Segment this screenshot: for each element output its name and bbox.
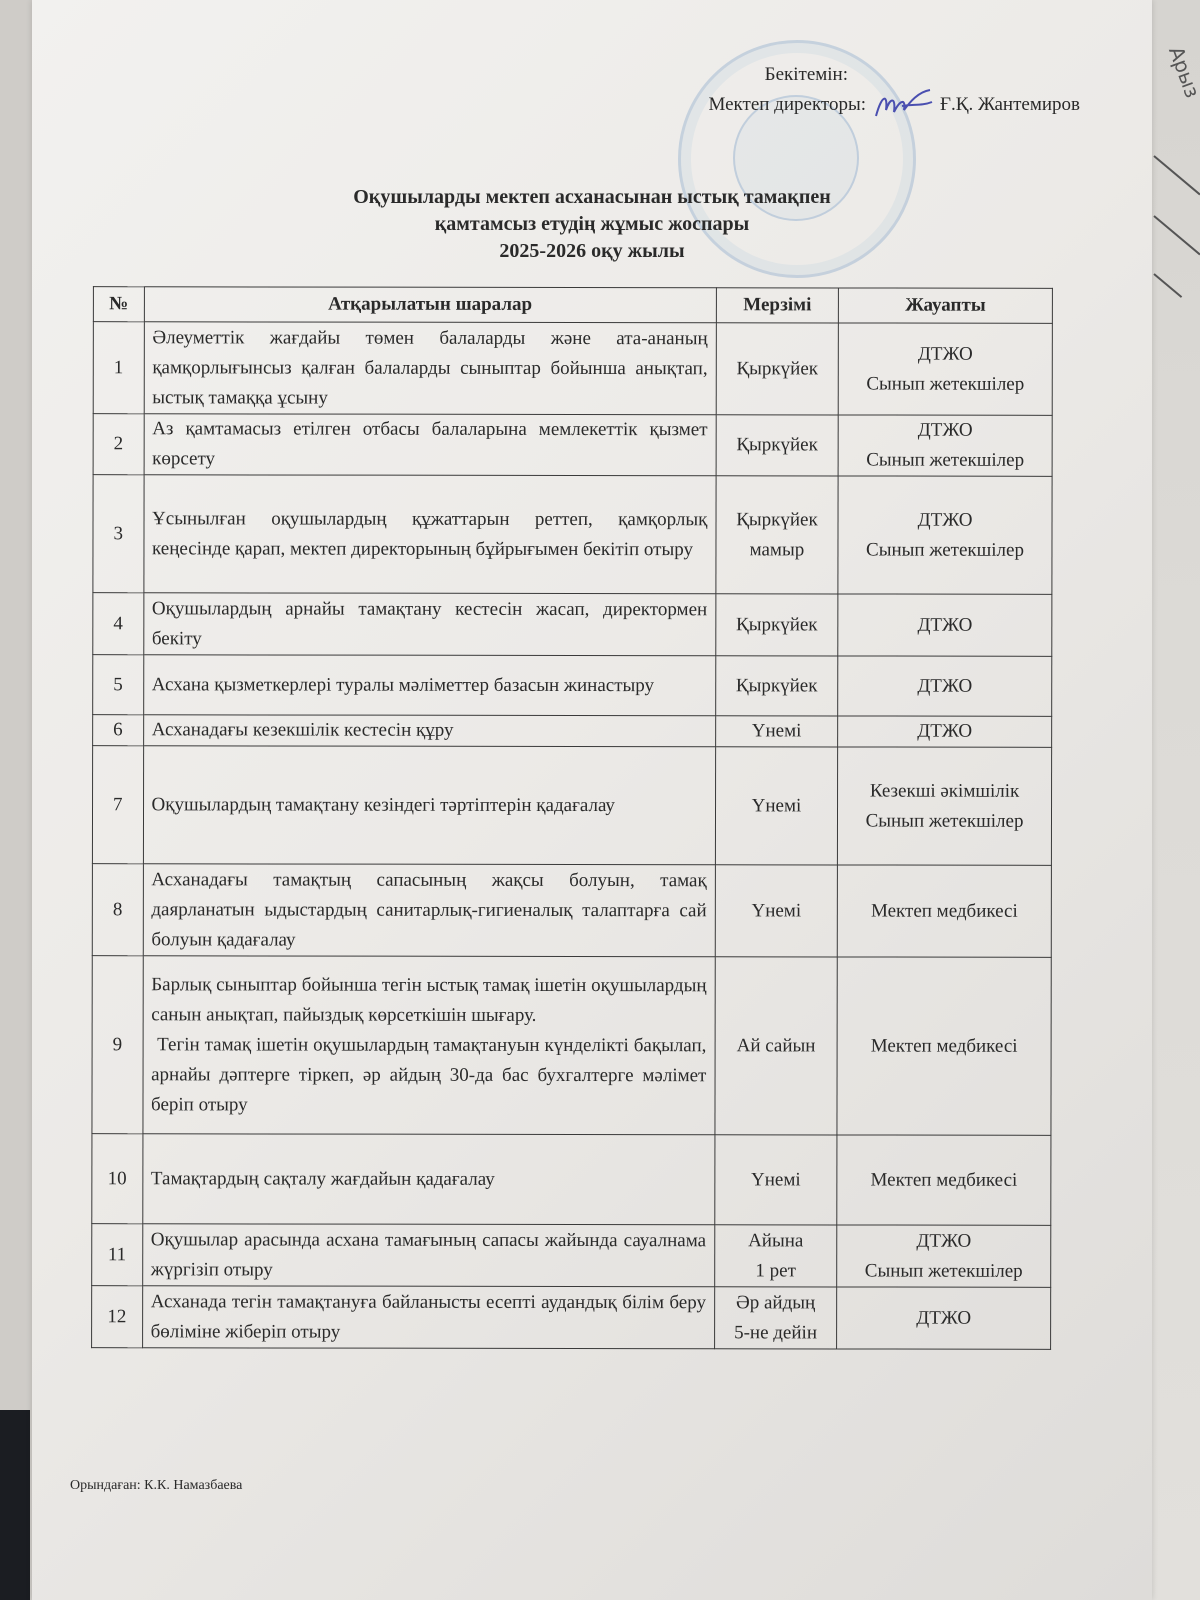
row-responsible: Кезекші әкімшілікСынып жетекшілер bbox=[838, 747, 1052, 865]
responsible-line: Мектеп медбикесі bbox=[846, 896, 1043, 926]
deadline-line: мамыр bbox=[724, 535, 829, 565]
row-number: 1 bbox=[93, 322, 144, 414]
header-responsible: Жауапты bbox=[838, 288, 1052, 323]
row-deadline: Үнемі bbox=[715, 865, 837, 957]
table-row: 10Тамақтардың сақталу жағдайын қадағалау… bbox=[92, 1134, 1051, 1226]
row-deadline: Үнемі bbox=[715, 747, 837, 865]
table-row: 3Ұсынылған оқушылардың құжаттарын реттеп… bbox=[93, 475, 1052, 595]
dark-object bbox=[0, 1410, 30, 1600]
executor-note: Орындаған: К.К. Намазбаева bbox=[70, 1478, 242, 1494]
responsible-line: Сынып жетекшілер bbox=[847, 369, 1044, 399]
row-number: 8 bbox=[92, 864, 143, 956]
deadline-line: Қыркүйек bbox=[724, 610, 829, 640]
responsible-line: Кезекші әкімшілік bbox=[846, 776, 1043, 806]
responsible-line: Сынып жетекшілер bbox=[846, 806, 1043, 836]
row-deadline: Қыркүйек bbox=[716, 323, 838, 415]
document-title: Оқушыларды мектеп асханасынан ыстық тама… bbox=[32, 184, 1152, 265]
row-activity: Оқушылар арасында асхана тамағының сапас… bbox=[142, 1224, 714, 1287]
approval-name: Ғ.Қ. Жантемиров bbox=[940, 92, 1080, 118]
row-deadline: Қыркүйек bbox=[716, 594, 838, 656]
row-number: 2 bbox=[93, 414, 144, 475]
deadline-line: Қыркүйек bbox=[724, 505, 829, 535]
row-activity: Асхана қызметкерлері туралы мәліметтер б… bbox=[143, 655, 715, 716]
responsible-line: ДТЖО bbox=[847, 505, 1044, 535]
table-row: 8Асханадағы тамақтың сапасының жақсы бол… bbox=[92, 864, 1051, 958]
header-number: № bbox=[93, 287, 144, 322]
title-line-2: қамтамсыз етудің жұмыс жоспары bbox=[32, 211, 1152, 238]
responsible-line: Сынып жетекшілер bbox=[847, 445, 1044, 475]
row-activity: Ұсынылған оқушылардың құжаттарын реттеп,… bbox=[143, 475, 715, 594]
row-activity: Аз қамтамасыз етілген отбасы балаларына … bbox=[144, 414, 716, 476]
header-deadline: Мерзімі bbox=[716, 288, 838, 323]
pen-stroke bbox=[1153, 155, 1200, 195]
activity-text: Оқушылардың арнайы тамақтану кестесін жа… bbox=[152, 594, 707, 655]
activity-text: Оқушылардың тамақтану кезіндегі тәртіпте… bbox=[152, 790, 707, 821]
row-activity: Тамақтардың сақталу жағдайын қадағалау bbox=[142, 1134, 714, 1225]
row-deadline: Айына1 рет bbox=[715, 1225, 837, 1287]
deadline-line: Ай сайын bbox=[723, 1031, 828, 1061]
deadline-line: Қыркүйек bbox=[724, 430, 829, 460]
row-responsible: ДТЖОСынып жетекшілер bbox=[838, 476, 1052, 594]
row-responsible: ДТЖОСынып жетекшілер bbox=[838, 323, 1052, 415]
deadline-line: Қыркүйек bbox=[725, 354, 830, 384]
row-deadline: Ай сайын bbox=[715, 957, 838, 1135]
responsible-line: Мектеп медбикесі bbox=[846, 1031, 1043, 1061]
row-activity: Әлеуметтік жағдайы төмен балаларды және … bbox=[144, 322, 716, 415]
activity-text: Асханадағы тамақтың сапасының жақсы болу… bbox=[151, 865, 706, 956]
deadline-line: 1 рет bbox=[723, 1256, 828, 1286]
row-number: 6 bbox=[93, 715, 144, 746]
row-deadline: Үнемі bbox=[715, 1135, 837, 1225]
work-plan-table: № Атқарылатын шаралар Мерзімі Жауапты 1Ә… bbox=[91, 286, 1053, 1350]
table-row: 9Барлық сыныптар бойынша тегін ыстық там… bbox=[92, 956, 1051, 1136]
row-number: 12 bbox=[92, 1286, 143, 1348]
activity-text: Оқушылар арасында асхана тамағының сапас… bbox=[151, 1225, 706, 1286]
table-row: 7Оқушылардың тамақтану кезіндегі тәртіпт… bbox=[92, 746, 1051, 866]
row-activity: Асханадағы тамақтың сапасының жақсы болу… bbox=[143, 864, 715, 957]
activity-text: Тамақтардың сақталу жағдайын қадағалау bbox=[151, 1164, 706, 1195]
row-responsible: Мектеп медбикесі bbox=[837, 1135, 1051, 1225]
handwritten-note: Арыз bbox=[1164, 43, 1200, 101]
deadline-line: Үнемі bbox=[724, 716, 829, 746]
activity-text: Асханада тегін тамақтануға байланысты ес… bbox=[151, 1287, 706, 1348]
table-row: 1Әлеуметтік жағдайы төмен балаларды және… bbox=[93, 322, 1052, 416]
pen-stroke bbox=[1153, 215, 1200, 255]
deadline-line: Үнемі bbox=[723, 1165, 828, 1195]
activity-text: Асханадағы кезекшілік кестесін құру bbox=[152, 715, 707, 746]
row-responsible: ДТЖОСынып жетекшілер bbox=[838, 415, 1052, 476]
row-activity: Асханада тегін тамақтануға байланысты ес… bbox=[142, 1286, 714, 1349]
title-line-3: 2025-2026 оқу жылы bbox=[32, 238, 1152, 265]
table-row: 11Оқушылар арасында асхана тамағының сап… bbox=[92, 1224, 1051, 1288]
deadline-line: Айына bbox=[723, 1226, 828, 1256]
deadline-line: Әр айдың bbox=[723, 1288, 828, 1318]
row-activity: Оқушылардың тамақтану кезіндегі тәртіпте… bbox=[143, 746, 715, 865]
row-responsible: Мектеп медбикесі bbox=[837, 865, 1051, 957]
activity-text: Асхана қызметкерлері туралы мәліметтер б… bbox=[152, 670, 707, 701]
table-header-row: № Атқарылатын шаралар Мерзімі Жауапты bbox=[93, 287, 1052, 324]
deadline-line: Қыркүйек bbox=[724, 671, 829, 701]
responsible-line: Мектеп медбикесі bbox=[845, 1165, 1042, 1195]
activity-text: Аз қамтамасыз етілген отбасы балаларына … bbox=[152, 414, 707, 475]
row-responsible: ДТЖОСынып жетекшілер bbox=[837, 1225, 1051, 1287]
row-deadline: Үнемі bbox=[715, 716, 837, 747]
approval-heading: Бекітемін: bbox=[708, 62, 848, 88]
table-row: 6Асханадағы кезекшілік кестесін құруҮнем… bbox=[93, 715, 1052, 748]
row-activity: Оқушылардың арнайы тамақтану кестесін жа… bbox=[143, 593, 715, 656]
row-number: 5 bbox=[93, 655, 144, 715]
responsible-line: ДТЖО bbox=[845, 1303, 1042, 1333]
row-activity: Асханадағы кезекшілік кестесін құру bbox=[143, 715, 715, 747]
row-deadline: Қыркүйек bbox=[716, 656, 838, 716]
row-number: 4 bbox=[93, 593, 144, 655]
table-row: 4Оқушылардың арнайы тамақтану кестесін ж… bbox=[93, 593, 1052, 657]
deadline-line: 5-не дейін bbox=[723, 1318, 828, 1348]
activity-text: Әлеуметтік жағдайы төмен балаларды және … bbox=[152, 323, 707, 414]
title-line-1: Оқушыларды мектеп асханасынан ыстық тама… bbox=[32, 184, 1152, 211]
row-deadline: Әр айдың5-не дейін bbox=[714, 1287, 836, 1349]
deadline-line: Үнемі bbox=[724, 896, 829, 926]
row-number: 9 bbox=[92, 956, 143, 1134]
approval-position: Мектеп директоры: bbox=[708, 92, 866, 118]
row-responsible: ДТЖО bbox=[838, 656, 1052, 716]
signature-icon bbox=[872, 88, 934, 122]
activity-text: Барлық сыныптар бойынша тегін ыстық тама… bbox=[151, 970, 706, 1031]
pen-stroke bbox=[1153, 273, 1182, 298]
row-number: 7 bbox=[92, 746, 143, 864]
desk-background: Арыз bbox=[1150, 0, 1200, 1600]
responsible-line: Сынып жетекшілер bbox=[845, 1256, 1042, 1286]
row-responsible: ДТЖО bbox=[838, 716, 1052, 747]
activity-text: Ұсынылған оқушылардың құжаттарын реттеп,… bbox=[152, 504, 707, 565]
row-responsible: ДТЖО bbox=[837, 1287, 1051, 1349]
responsible-line: ДТЖО bbox=[847, 339, 1044, 369]
responsible-line: ДТЖО bbox=[847, 415, 1044, 445]
responsible-line: ДТЖО bbox=[846, 716, 1043, 746]
row-deadline: Қыркүйекмамыр bbox=[716, 476, 838, 594]
table-row: 5Асхана қызметкерлері туралы мәліметтер … bbox=[93, 655, 1052, 717]
responsible-line: ДТЖО bbox=[846, 671, 1043, 701]
row-activity: Барлық сыныптар бойынша тегін ыстық тама… bbox=[142, 956, 715, 1135]
activity-text-continued: Тегін тамақ ішетін оқушылардың тамақтану… bbox=[151, 1030, 706, 1121]
row-responsible: Мектеп медбикесі bbox=[837, 957, 1051, 1135]
responsible-line: Сынып жетекшілер bbox=[847, 535, 1044, 565]
approval-block: Бекітемін: Мектеп директоры: Ғ.Қ. Жантем… bbox=[708, 62, 1080, 122]
responsible-line: ДТЖО bbox=[846, 610, 1043, 640]
deadline-line: Үнемі bbox=[724, 791, 829, 821]
table-row: 12Асханада тегін тамақтануға байланысты … bbox=[92, 1286, 1051, 1350]
responsible-line: ДТЖО bbox=[845, 1226, 1042, 1256]
row-number: 3 bbox=[93, 475, 144, 593]
row-responsible: ДТЖО bbox=[838, 594, 1052, 656]
table-row: 2Аз қамтамасыз етілген отбасы балаларына… bbox=[93, 414, 1052, 477]
row-number: 11 bbox=[92, 1224, 143, 1286]
row-number: 10 bbox=[92, 1134, 143, 1224]
header-activities: Атқарылатын шаралар bbox=[144, 287, 716, 323]
row-deadline: Қыркүйек bbox=[716, 415, 838, 476]
